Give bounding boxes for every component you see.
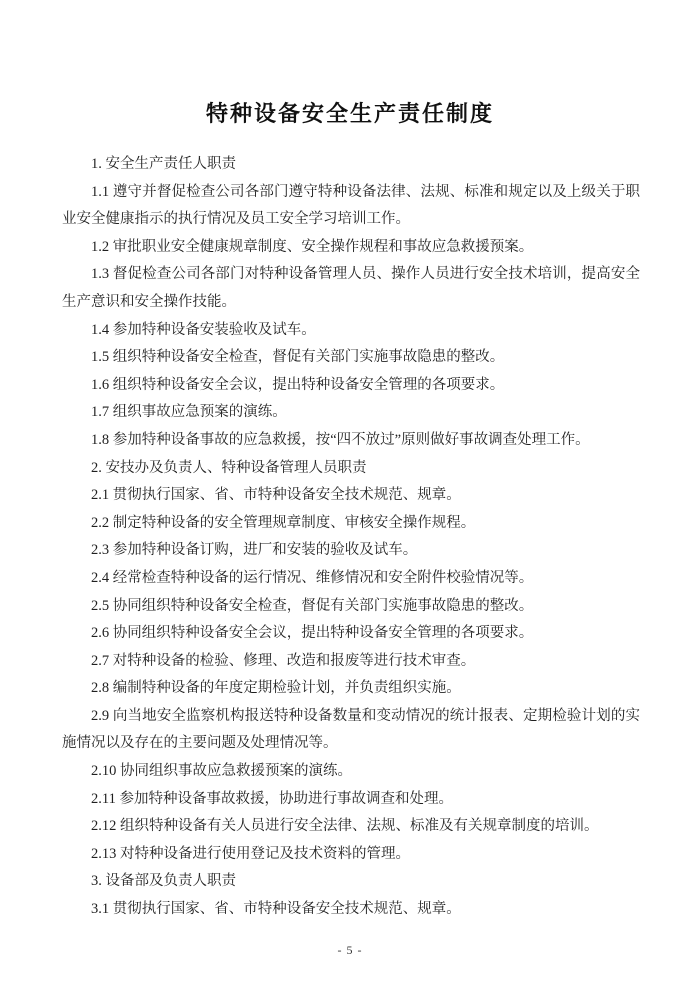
paragraph: 2.3 参加特种设备订购，进厂和安装的验收及试车。: [62, 537, 640, 565]
paragraph: 1.8 参加特种设备事故的应急救援，按“四不放过”原则做好事故调查处理工作。: [62, 427, 640, 455]
paragraph: 2.10 协同组织事故应急救援预案的演练。: [62, 758, 640, 786]
paragraph: 2.8 编制特种设备的年度定期检验计划，并负责组织实施。: [62, 675, 640, 703]
paragraph: 2.12 组织特种设备有关人员进行安全法律、法规、标准及有关规章制度的培训。: [62, 813, 640, 841]
page-number: - 5 -: [0, 943, 700, 958]
paragraph: 2.7 对特种设备的检验、修理、改造和报废等进行技术审查。: [62, 648, 640, 676]
document-body: 1. 安全生产责任人职责1.1 遵守并督促检查公司各部门遵守特种设备法律、法规、…: [62, 151, 640, 924]
paragraph: 2.9 向当地安全监察机构报送特种设备数量和变动情况的统计报表、定期检验计划的实…: [62, 703, 640, 758]
paragraph: 1. 安全生产责任人职责: [62, 151, 640, 179]
paragraph: 2.4 经常检查特种设备的运行情况、维修情况和安全附件校验情况等。: [62, 565, 640, 593]
paragraph: 1.1 遵守并督促检查公司各部门遵守特种设备法律、法规、标准和规定以及上级关于职…: [62, 179, 640, 234]
paragraph: 2.1 贯彻执行国家、省、市特种设备安全技术规范、规章。: [62, 482, 640, 510]
paragraph: 2.13 对特种设备进行使用登记及技术资料的管理。: [62, 841, 640, 869]
paragraph: 1.7 组织事故应急预案的演练。: [62, 399, 640, 427]
paragraph: 3.1 贯彻执行国家、省、市特种设备安全技术规范、规章。: [62, 896, 640, 924]
paragraph: 1.6 组织特种设备安全会议，提出特种设备安全管理的各项要求。: [62, 372, 640, 400]
paragraph: 1.2 审批职业安全健康规章制度、安全操作规程和事故应急救援预案。: [62, 234, 640, 262]
paragraph: 2.5 协同组织特种设备安全检查，督促有关部门实施事故隐患的整改。: [62, 593, 640, 621]
paragraph: 2.6 协同组织特种设备安全会议，提出特种设备安全管理的各项要求。: [62, 620, 640, 648]
document-title: 特种设备安全生产责任制度: [0, 0, 700, 128]
paragraph: 2.2 制定特种设备的安全管理规章制度、审核安全操作规程。: [62, 510, 640, 538]
paragraph: 1.5 组织特种设备安全检查，督促有关部门实施事故隐患的整改。: [62, 344, 640, 372]
paragraph: 2.11 参加特种设备事故救援，协助进行事故调查和处理。: [62, 786, 640, 814]
paragraph: 1.4 参加特种设备安装验收及试车。: [62, 317, 640, 345]
paragraph: 2. 安技办及负责人、特种设备管理人员职责: [62, 455, 640, 483]
paragraph: 1.3 督促检查公司各部门对特种设备管理人员、操作人员进行安全技术培训，提高安全…: [62, 261, 640, 316]
paragraph: 3. 设备部及负责人职责: [62, 868, 640, 896]
document-page: 特种设备安全生产责任制度 1. 安全生产责任人职责1.1 遵守并督促检查公司各部…: [0, 0, 700, 990]
